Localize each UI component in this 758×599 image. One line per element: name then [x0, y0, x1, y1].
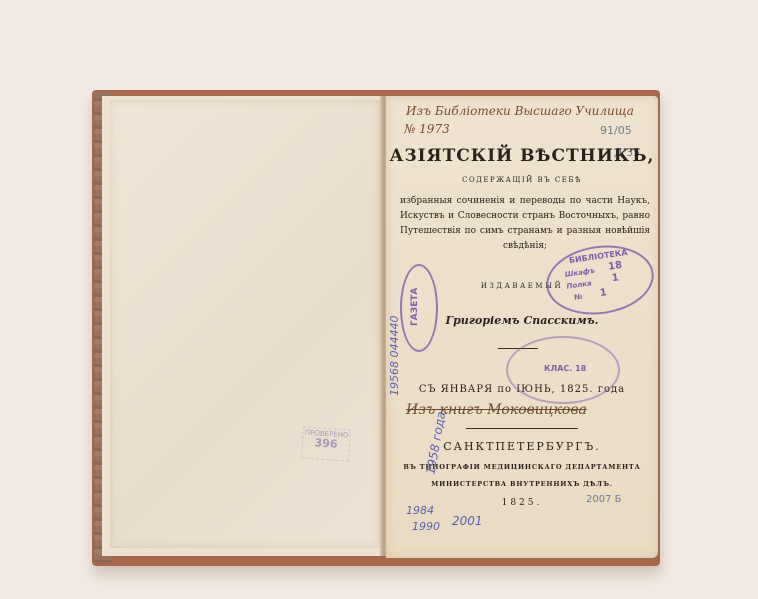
book-title: АЗІЯТСКІЙ ВѢСТНИКЪ,	[386, 146, 658, 166]
book-subtitle: СОДЕРЖАЩІЙ ВЪ СЕБѢ	[386, 176, 658, 184]
blue-note-1984: 1984	[406, 504, 434, 517]
pencil-shelf-mark: 91/05	[600, 124, 632, 137]
blue-note-2001: 2001	[452, 514, 483, 528]
divider-rule-2	[466, 428, 578, 429]
blue-note-1990: 1990	[412, 520, 440, 533]
left-page-stamp: ПРОВЕРЕНО 396	[301, 426, 351, 461]
inventory-number: 19568 044440	[388, 316, 401, 396]
left-endpaper: ПРОВЕРЕНО 396	[102, 96, 385, 556]
pencil-bottom-mark: 2007 Б	[586, 494, 622, 505]
handwritten-number: № 1973	[404, 122, 450, 136]
open-book: ПРОВЕРЕНО 396 Изъ Библіотеки Высшаго Учи…	[92, 90, 660, 566]
left-page-surface	[110, 100, 380, 548]
title-page: Изъ Библіотеки Высшаго Училища № 1973 91…	[386, 96, 658, 558]
vertical-stamp: ГАЗЕТА	[400, 264, 438, 352]
handwritten-provenance: Изъ Библіотеки Высшаго Училища	[406, 104, 634, 118]
round-stamp: КЛАС. 18	[506, 336, 620, 404]
printer-line-2: МИНИСТЕРСТВА ВНУТРЕННИХЪ ДѢЛЪ.	[386, 480, 658, 488]
